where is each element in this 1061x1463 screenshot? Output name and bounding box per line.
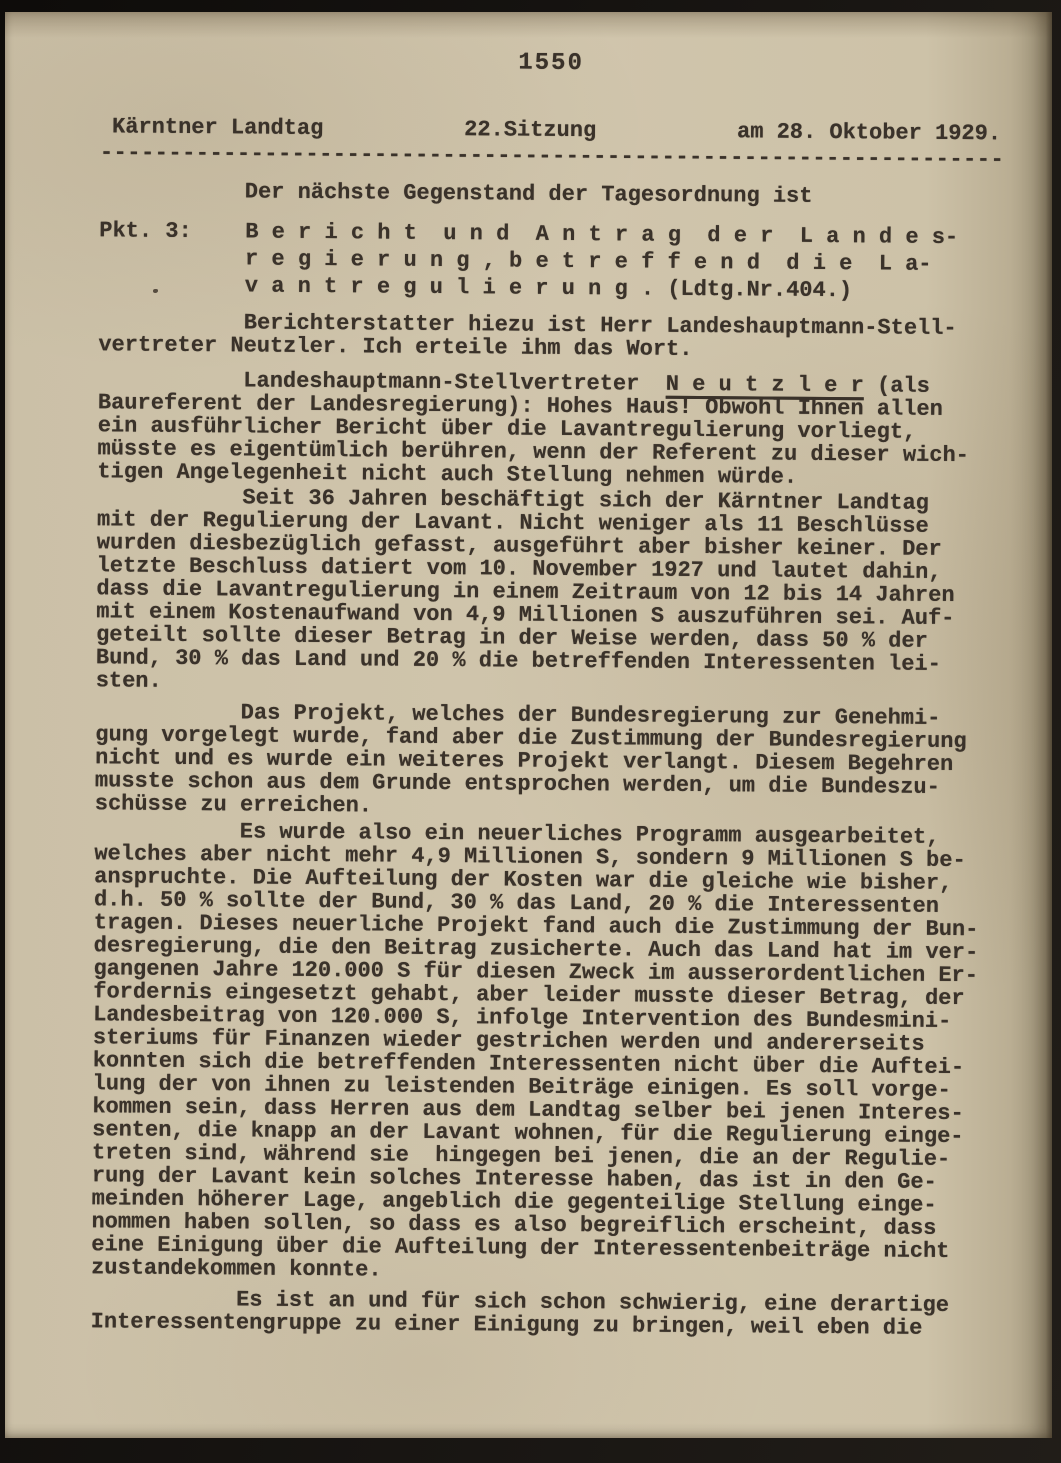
agenda-item-3: Pkt. 3: B e r i c h t u n d A n t r a g … <box>99 217 1001 305</box>
paragraph-history: Seit 36 Jahren beschäftigt sich der Kärn… <box>96 485 999 699</box>
page-number: 1550 <box>101 48 1002 78</box>
paragraph-speech-opening: Landeshauptmann-Stellvertreter N e u t z… <box>97 368 999 490</box>
page-content: 1550 Kärntner Landtag 22.Sitzung am 28. … <box>0 12 1052 1446</box>
header-session-number: 22.Sitzung <box>464 118 596 142</box>
session-header: Kärntner Landtag 22.Sitzung am 28. Oktob… <box>100 115 1001 145</box>
agenda-item-title: B e r i c h t u n d A n t r a g d e r L … <box>245 218 959 305</box>
paragraph-closing: Es ist an und für sich schon schwierig, … <box>91 1287 992 1340</box>
paragraph-programm: Es wurde also ein neuerliches Programm a… <box>91 819 996 1286</box>
paragraph-projekt: Das Projekt, welches der Bundesregierung… <box>95 700 997 822</box>
header-session-date: am 28. Oktober 1929. <box>737 120 1001 145</box>
paragraph-agenda-intro: Der nächste Gegenstand der Tagesordnung … <box>100 179 1001 209</box>
paragraph-berichterstatter: Berichterstatter hiezu ist Herr Landesha… <box>98 310 999 363</box>
header-parliament-name: Kärntner Landtag <box>112 115 323 140</box>
document-page: 1550 Kärntner Landtag 22.Sitzung am 28. … <box>5 12 1052 1438</box>
speaker-role-open: (als <box>864 373 930 399</box>
agenda-item-label: Pkt. 3: <box>99 217 246 299</box>
scanned-document: 1550 Kärntner Landtag 22.Sitzung am 28. … <box>0 0 1061 1463</box>
speech-opening-body: Baureferent der Landesregierung): Hohes … <box>97 391 999 490</box>
dashed-divider: ----------------------------------------… <box>100 141 1001 171</box>
